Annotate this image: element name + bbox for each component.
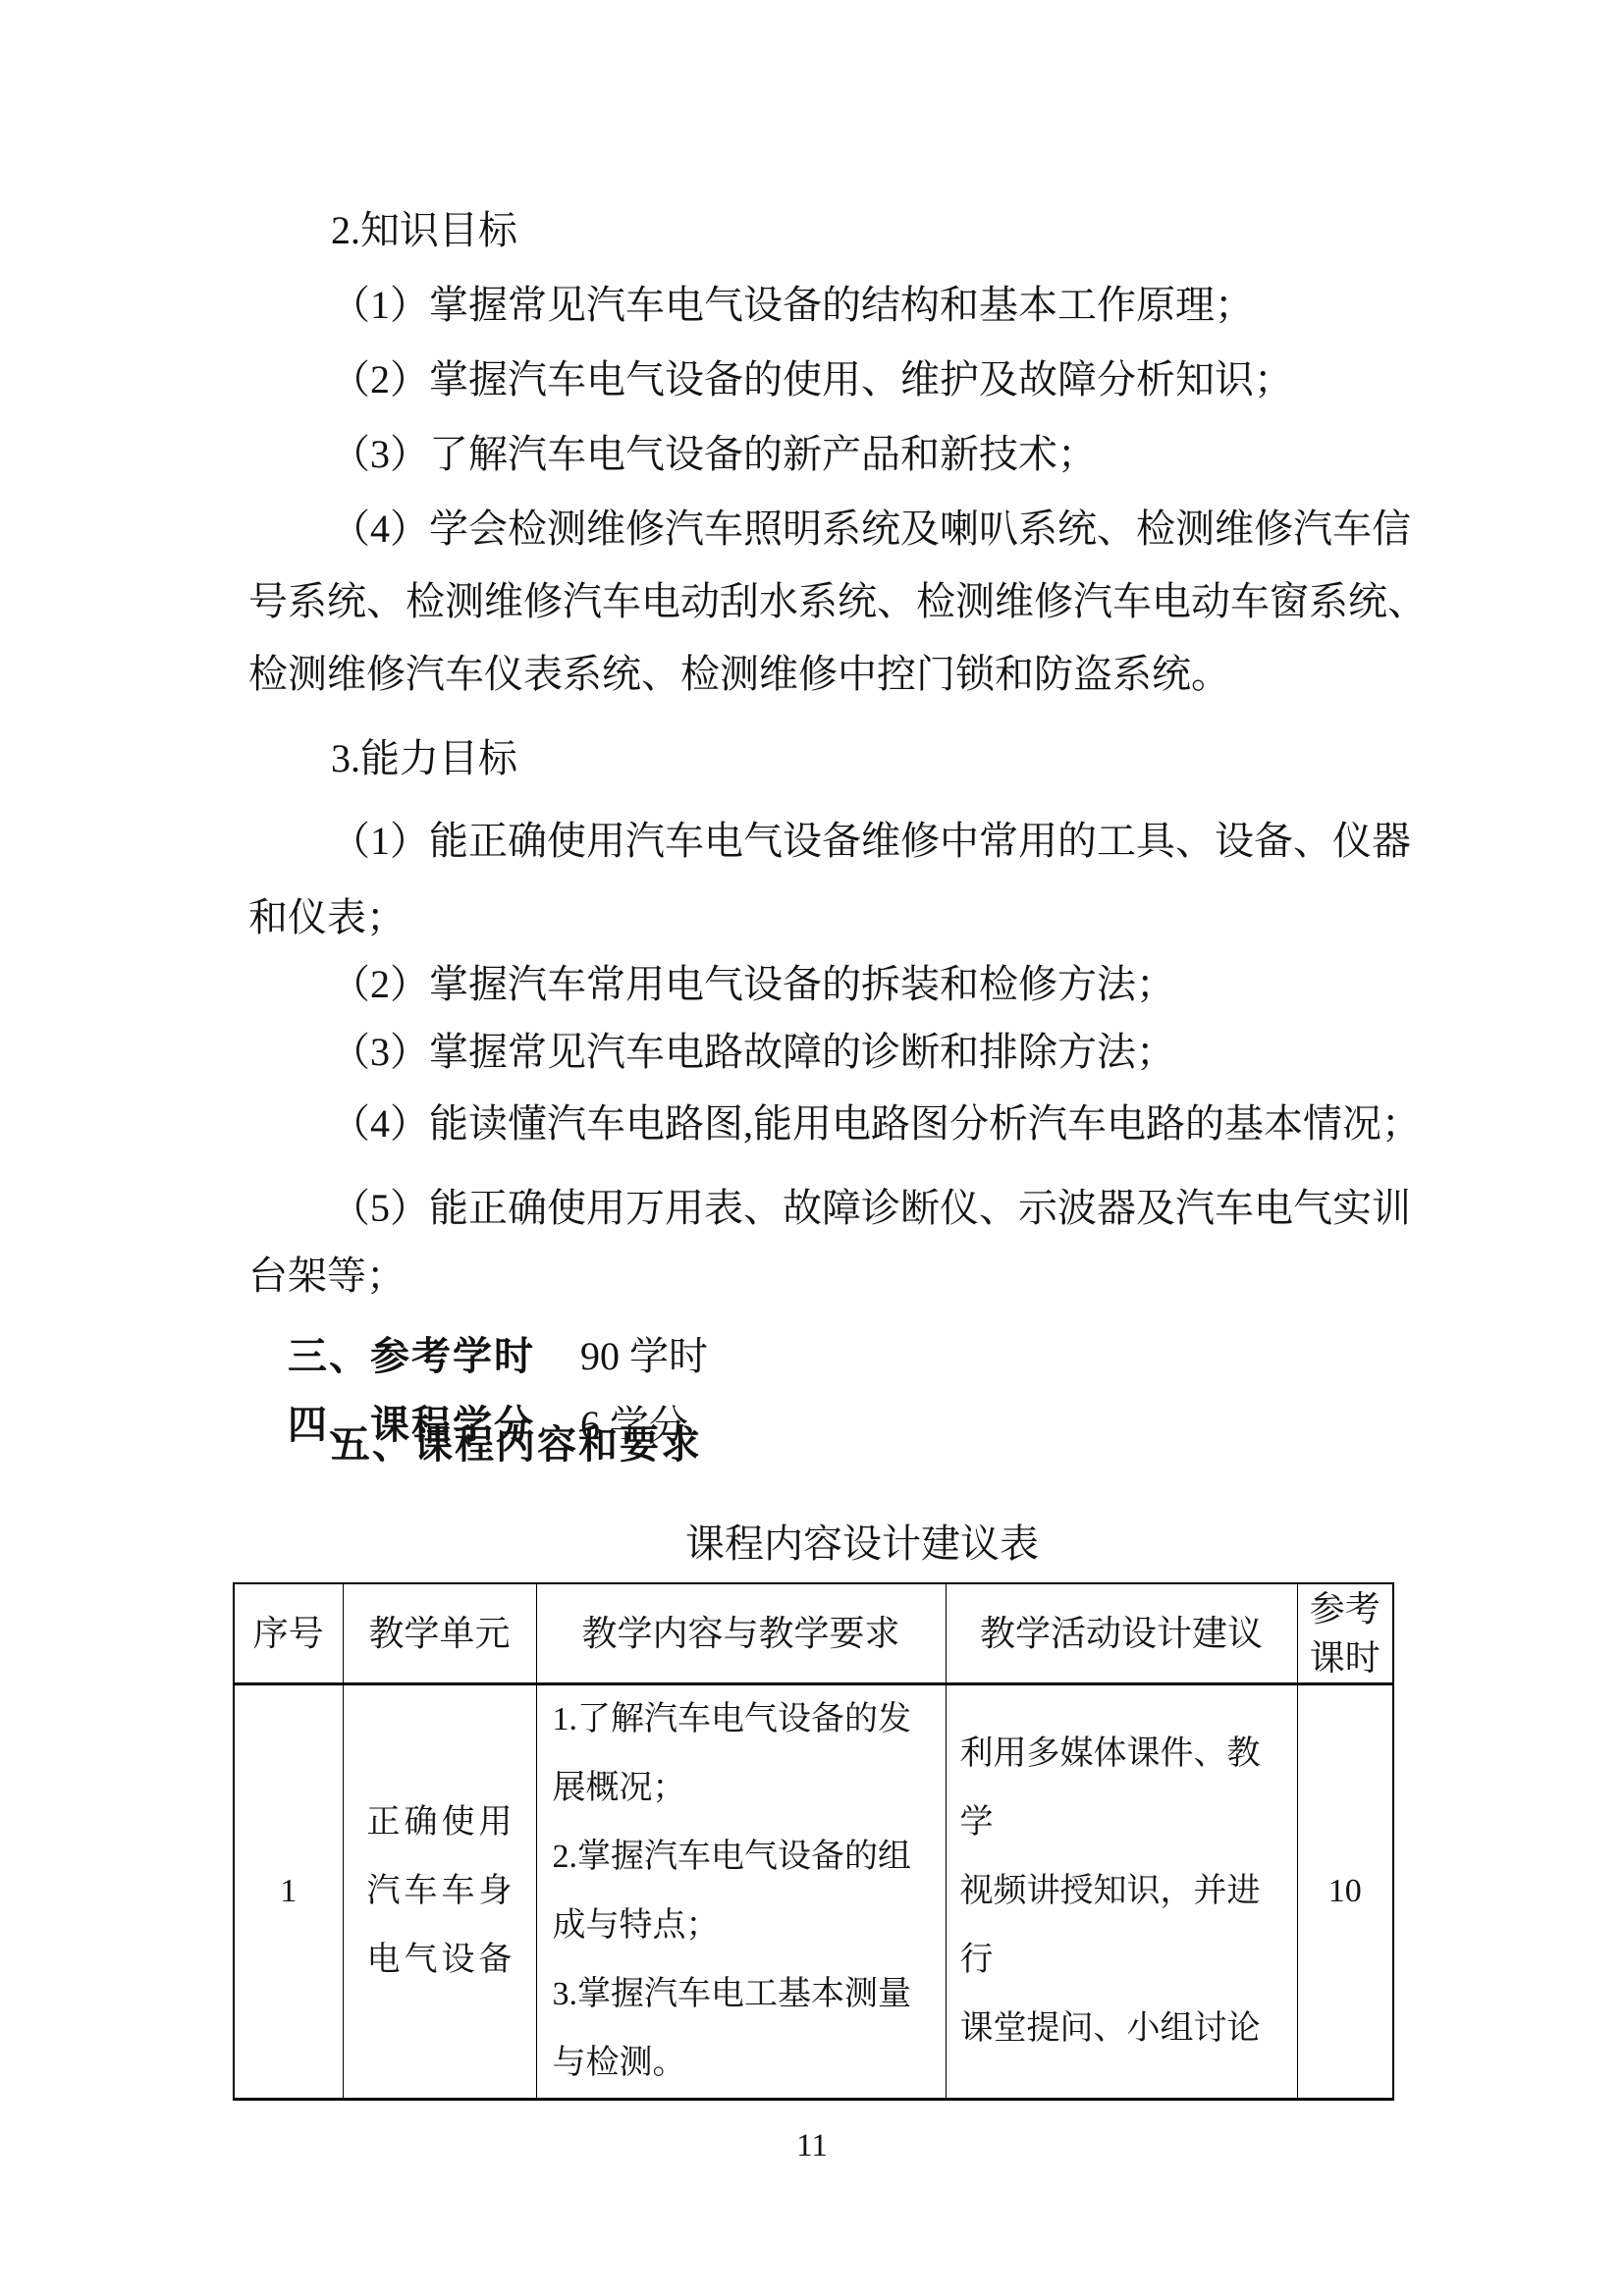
ability-objectives-heading: 3.能力目标 <box>248 737 1476 780</box>
header-teaching-content: 教学内容与教学要求 <box>536 1583 946 1684</box>
cell-teaching-content: 1.了解汽车电气设备的发 展概况； 2.掌握汽车电气设备的组 成与特点； 3.掌… <box>536 1684 946 2100</box>
document-page: 2.知识目标 （1）掌握常见汽车电气设备的结构和基本工作原理； （2）掌握汽车电… <box>0 0 1624 2296</box>
ability-item-4: （4）能读懂汽车电路图,能用电路图分析汽车电路的基本情况； <box>248 1102 1476 1146</box>
cell-teaching-activity: 利用多媒体课件、教学 视频讲授知识，并进行 课堂提问、小组讨论 <box>946 1684 1297 2100</box>
knowledge-item-3: （3）了解汽车电气设备的新产品和新技术； <box>248 433 1476 476</box>
table-row: 1 正确使用 汽车车身 电气设备 1.了解汽车电气设备的发 展概况； 2.掌握汽… <box>234 1684 1393 2100</box>
table-header-row: 序号 教学单元 教学内容与教学要求 教学活动设计建议 参考 课时 <box>234 1583 1393 1684</box>
table-title: 课程内容设计建议表 <box>248 1522 1476 1566</box>
knowledge-objectives-heading: 2.知识目标 <box>248 209 1476 252</box>
cell-teaching-unit: 正确使用 汽车车身 电气设备 <box>343 1684 536 2100</box>
knowledge-item-1: （1）掌握常见汽车电气设备的结构和基本工作原理； <box>248 284 1476 327</box>
header-teaching-unit: 教学单元 <box>343 1583 536 1684</box>
cell-serial-number: 1 <box>234 1684 343 2100</box>
header-reference-hours: 参考 课时 <box>1297 1583 1393 1684</box>
ability-item-5: （5）能正确使用万用表、故障诊断仪、示波器及汽车电气实训 台架等； <box>248 1174 1476 1309</box>
ability-item-1: （1）能正确使用汽车电气设备维修中常用的工具、设备、仪器 和仪表； <box>248 803 1476 956</box>
knowledge-item-2: （2）掌握汽车电气设备的使用、维护及故障分析知识； <box>248 358 1476 401</box>
knowledge-item-4: （4）学会检测维修汽车照明系统及喇叭系统、检测维修汽车信 号系统、检测维修汽车电… <box>248 493 1476 711</box>
header-teaching-activity: 教学活动设计建议 <box>946 1583 1297 1684</box>
cell-reference-hours: 10 <box>1297 1684 1393 2100</box>
header-serial-number: 序号 <box>234 1583 343 1684</box>
ability-item-3: （3）掌握常见汽车电路故障的诊断和排除方法； <box>248 1031 1476 1074</box>
ability-item-2: （2）掌握汽车常用电气设备的拆装和检修方法； <box>248 963 1476 1006</box>
section5-heading: 五、课程内容和要求 <box>248 1423 1476 1467</box>
page-number: 11 <box>0 2128 1624 2164</box>
course-content-table: 序号 教学单元 教学内容与教学要求 教学活动设计建议 参考 课时 1 正确使用 … <box>233 1582 1394 2101</box>
